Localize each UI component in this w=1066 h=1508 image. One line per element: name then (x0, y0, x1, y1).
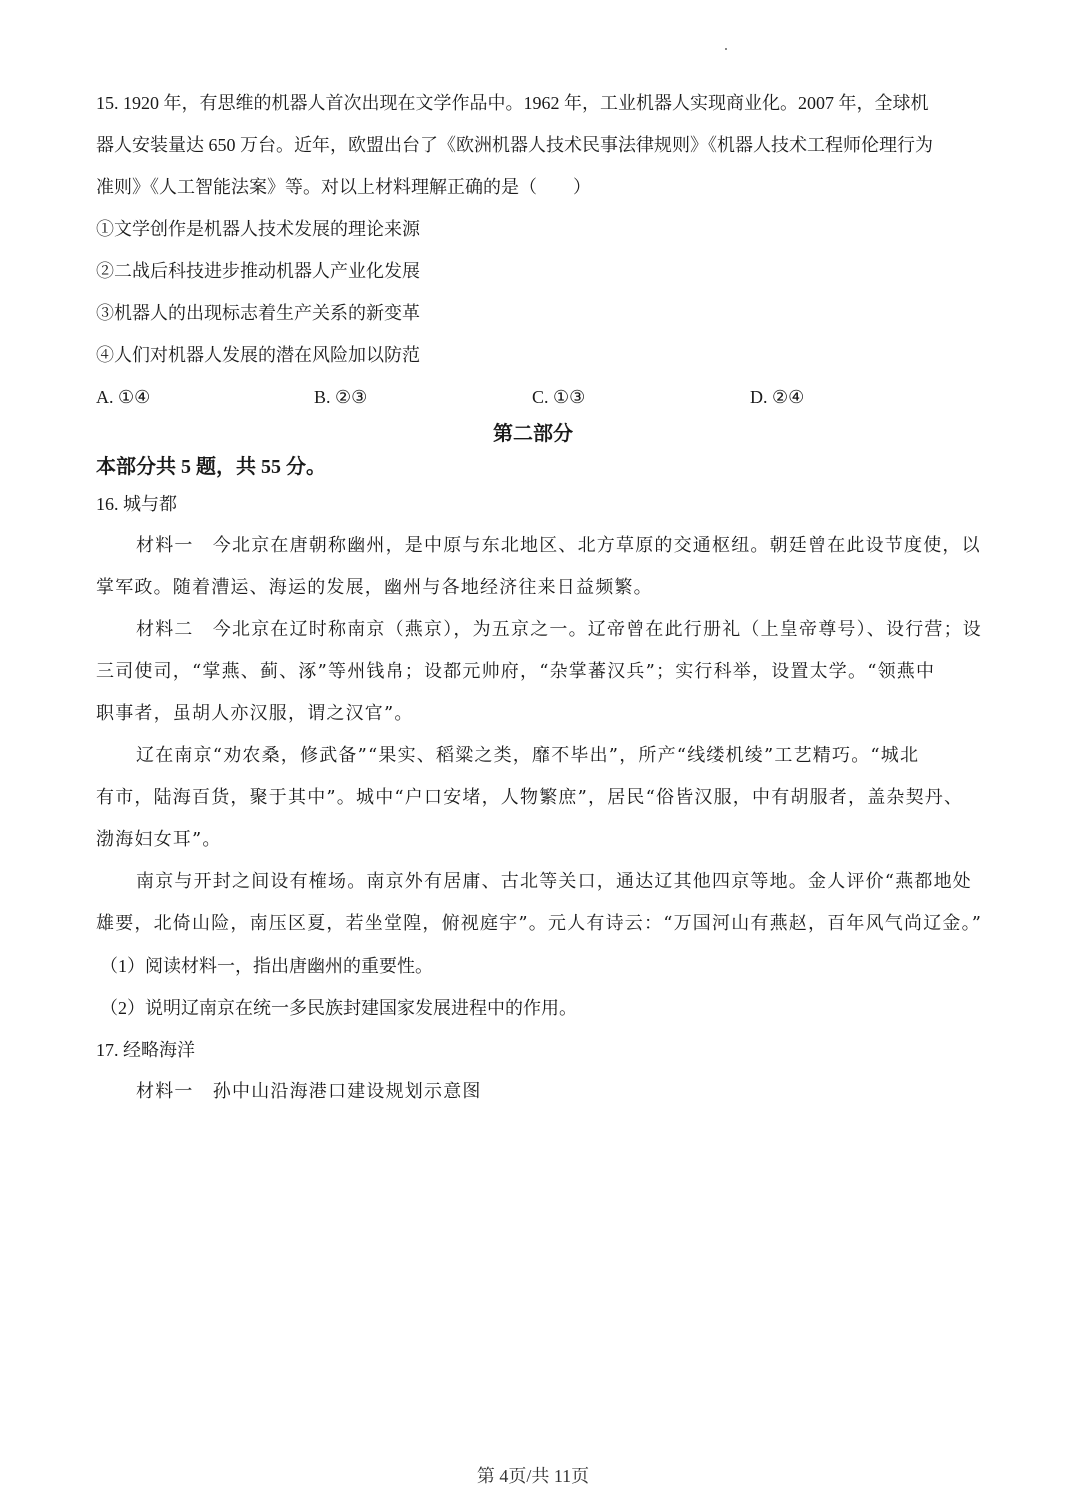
q17-material-1-caption: 材料一 孙中山沿海港口建设规划示意图 (136, 1080, 482, 1104)
q15-stem-line-2: 器人安装量达 650 万台。近年，欧盟出台了《欧洲机器人技术民事法律规则》《机器… (96, 133, 933, 157)
q15-statement-4: ④人们对机器人发展的潜在风险加以防范 (96, 343, 420, 367)
q16-para-4-line-2: 雄要，北倚山险，南压区夏，若坐堂隍，俯视庭宇”。元人有诗云：“万国河山有燕赵，百… (96, 912, 982, 936)
q16-material-2-line-3: 职事者，虽胡人亦汉服，谓之汉官”。 (96, 702, 414, 726)
q16-material-2-line-1: 材料二 今北京在辽时称南京（燕京），为五京之一。辽帝曾在此行册礼（上皇帝尊号）、… (136, 618, 982, 642)
q16-para-3-line-1: 辽在南京“劝农桑，修武备”“果实、稻粱之类，靡不毕出”，所产“线缕机绫”工艺精巧… (136, 744, 919, 768)
q17-title: 17. 经略海洋 (96, 1038, 195, 1062)
q16-subquestion-2: （2）说明辽南京在统一多民族封建国家发展进程中的作用。 (100, 996, 577, 1020)
q15-option-d: D. ②④ (750, 385, 804, 409)
q15-statement-3: ③机器人的出现标志着生产关系的新变革 (96, 301, 420, 325)
q16-material-1-line-2: 掌军政。随着漕运、海运的发展，幽州与各地经济往来日益频繁。 (96, 576, 653, 600)
scan-speck (725, 48, 727, 50)
q16-material-1-line-1: 材料一 今北京在唐朝称幽州，是中原与东北地区、北方草原的交通枢纽。朝廷曾在此设节… (136, 534, 981, 558)
q16-subquestion-1: （1）阅读材料一，指出唐幽州的重要性。 (100, 954, 433, 978)
q16-para-3-line-3: 渤海妇女耳”。 (96, 828, 222, 852)
q15-option-b: B. ②③ (314, 385, 367, 409)
q16-para-4-line-1: 南京与开封之间设有榷场。南京外有居庸、古北等关口，通达辽其他四京等地。金人评价“… (136, 870, 972, 894)
q15-statement-1: ①文学创作是机器人技术发展的理论来源 (96, 217, 420, 241)
part-2-note: 本部分共 5 题，共 55 分。 (96, 454, 326, 480)
q16-material-2-line-2: 三司使司，“掌燕、蓟、涿”等州钱帛；设都元帅府，“杂掌蕃汉兵”；实行科举，设置太… (96, 660, 935, 684)
part-2-title: 第二部分 (0, 421, 1066, 447)
q15-statement-2: ②二战后科技进步推动机器人产业化发展 (96, 259, 420, 283)
q15-option-a: A. ①④ (96, 385, 150, 409)
q15-option-c: C. ①③ (532, 385, 585, 409)
q15-stem-line-1: 15. 1920 年，有思维的机器人首次出现在文学作品中。1962 年，工业机器… (96, 91, 929, 115)
q16-para-3-line-2: 有市，陆海百货，聚于其中”。城中“户口安堵，人物繁庶”，居民“俗皆汉服，中有胡服… (96, 786, 963, 810)
q15-stem-line-3: 准则》《人工智能法案》等。对以上材料理解正确的是（ ） (96, 175, 591, 199)
q16-title: 16. 城与都 (96, 492, 177, 516)
page-number-footer: 第 4页/共 11页 (0, 1462, 1066, 1488)
